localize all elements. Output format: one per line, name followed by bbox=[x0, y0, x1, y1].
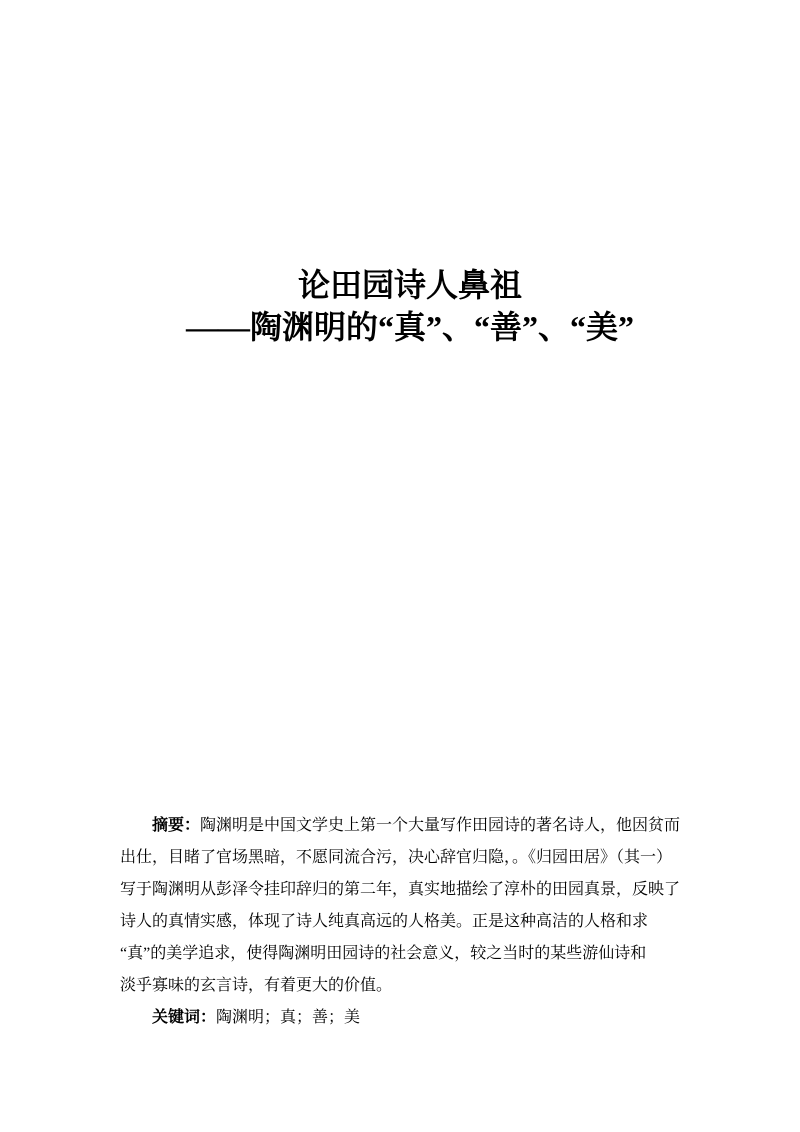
abstract-line-2: 出仕，目睹了官场黑暗，不愿同流合污，决心辞官归隐，。《归园田居》（其一） bbox=[120, 842, 720, 874]
keywords-text: 陶渊明；真；善；美 bbox=[216, 1009, 360, 1026]
keywords-label: 关键词： bbox=[152, 1009, 216, 1026]
abstract-line-4: 诗人的真情实感，体现了诗人纯真高远的人格美。正是这种高洁的人格和求 bbox=[120, 906, 720, 938]
abstract-section: 摘要：陶渊明是中国文学史上第一个大量写作田园诗的著名诗人，他因贫而 出仕，目睹了… bbox=[120, 810, 720, 1034]
abstract-line-6: 淡乎寡味的玄言诗，有着更大的价值。 bbox=[120, 970, 720, 1002]
keywords-line: 关键词：陶渊明；真；善；美 bbox=[120, 1002, 720, 1034]
abstract-line-1-text: 陶渊明是中国文学史上第一个大量写作田园诗的著名诗人，他因贫而 bbox=[200, 817, 680, 834]
abstract-label: 摘要： bbox=[152, 817, 200, 834]
subtitle: ——陶渊明的“真”、“善”、“美” bbox=[110, 306, 710, 348]
title-block: 论田园诗人鼻祖 ——陶渊明的“真”、“善”、“美” bbox=[110, 264, 710, 348]
abstract-line-5: “真”的美学追求，使得陶渊明田园诗的社会意义，较之当时的某些游仙诗和 bbox=[120, 938, 720, 970]
document-page: 论田园诗人鼻祖 ——陶渊明的“真”、“善”、“美” 摘要：陶渊明是中国文学史上第… bbox=[0, 0, 800, 1132]
abstract-line-3: 写于陶渊明从彭泽令挂印辞归的第二年，真实地描绘了淳朴的田园真景，反映了 bbox=[120, 874, 720, 906]
main-title: 论田园诗人鼻祖 bbox=[110, 264, 710, 306]
abstract-line-1: 摘要：陶渊明是中国文学史上第一个大量写作田园诗的著名诗人，他因贫而 bbox=[120, 810, 720, 842]
